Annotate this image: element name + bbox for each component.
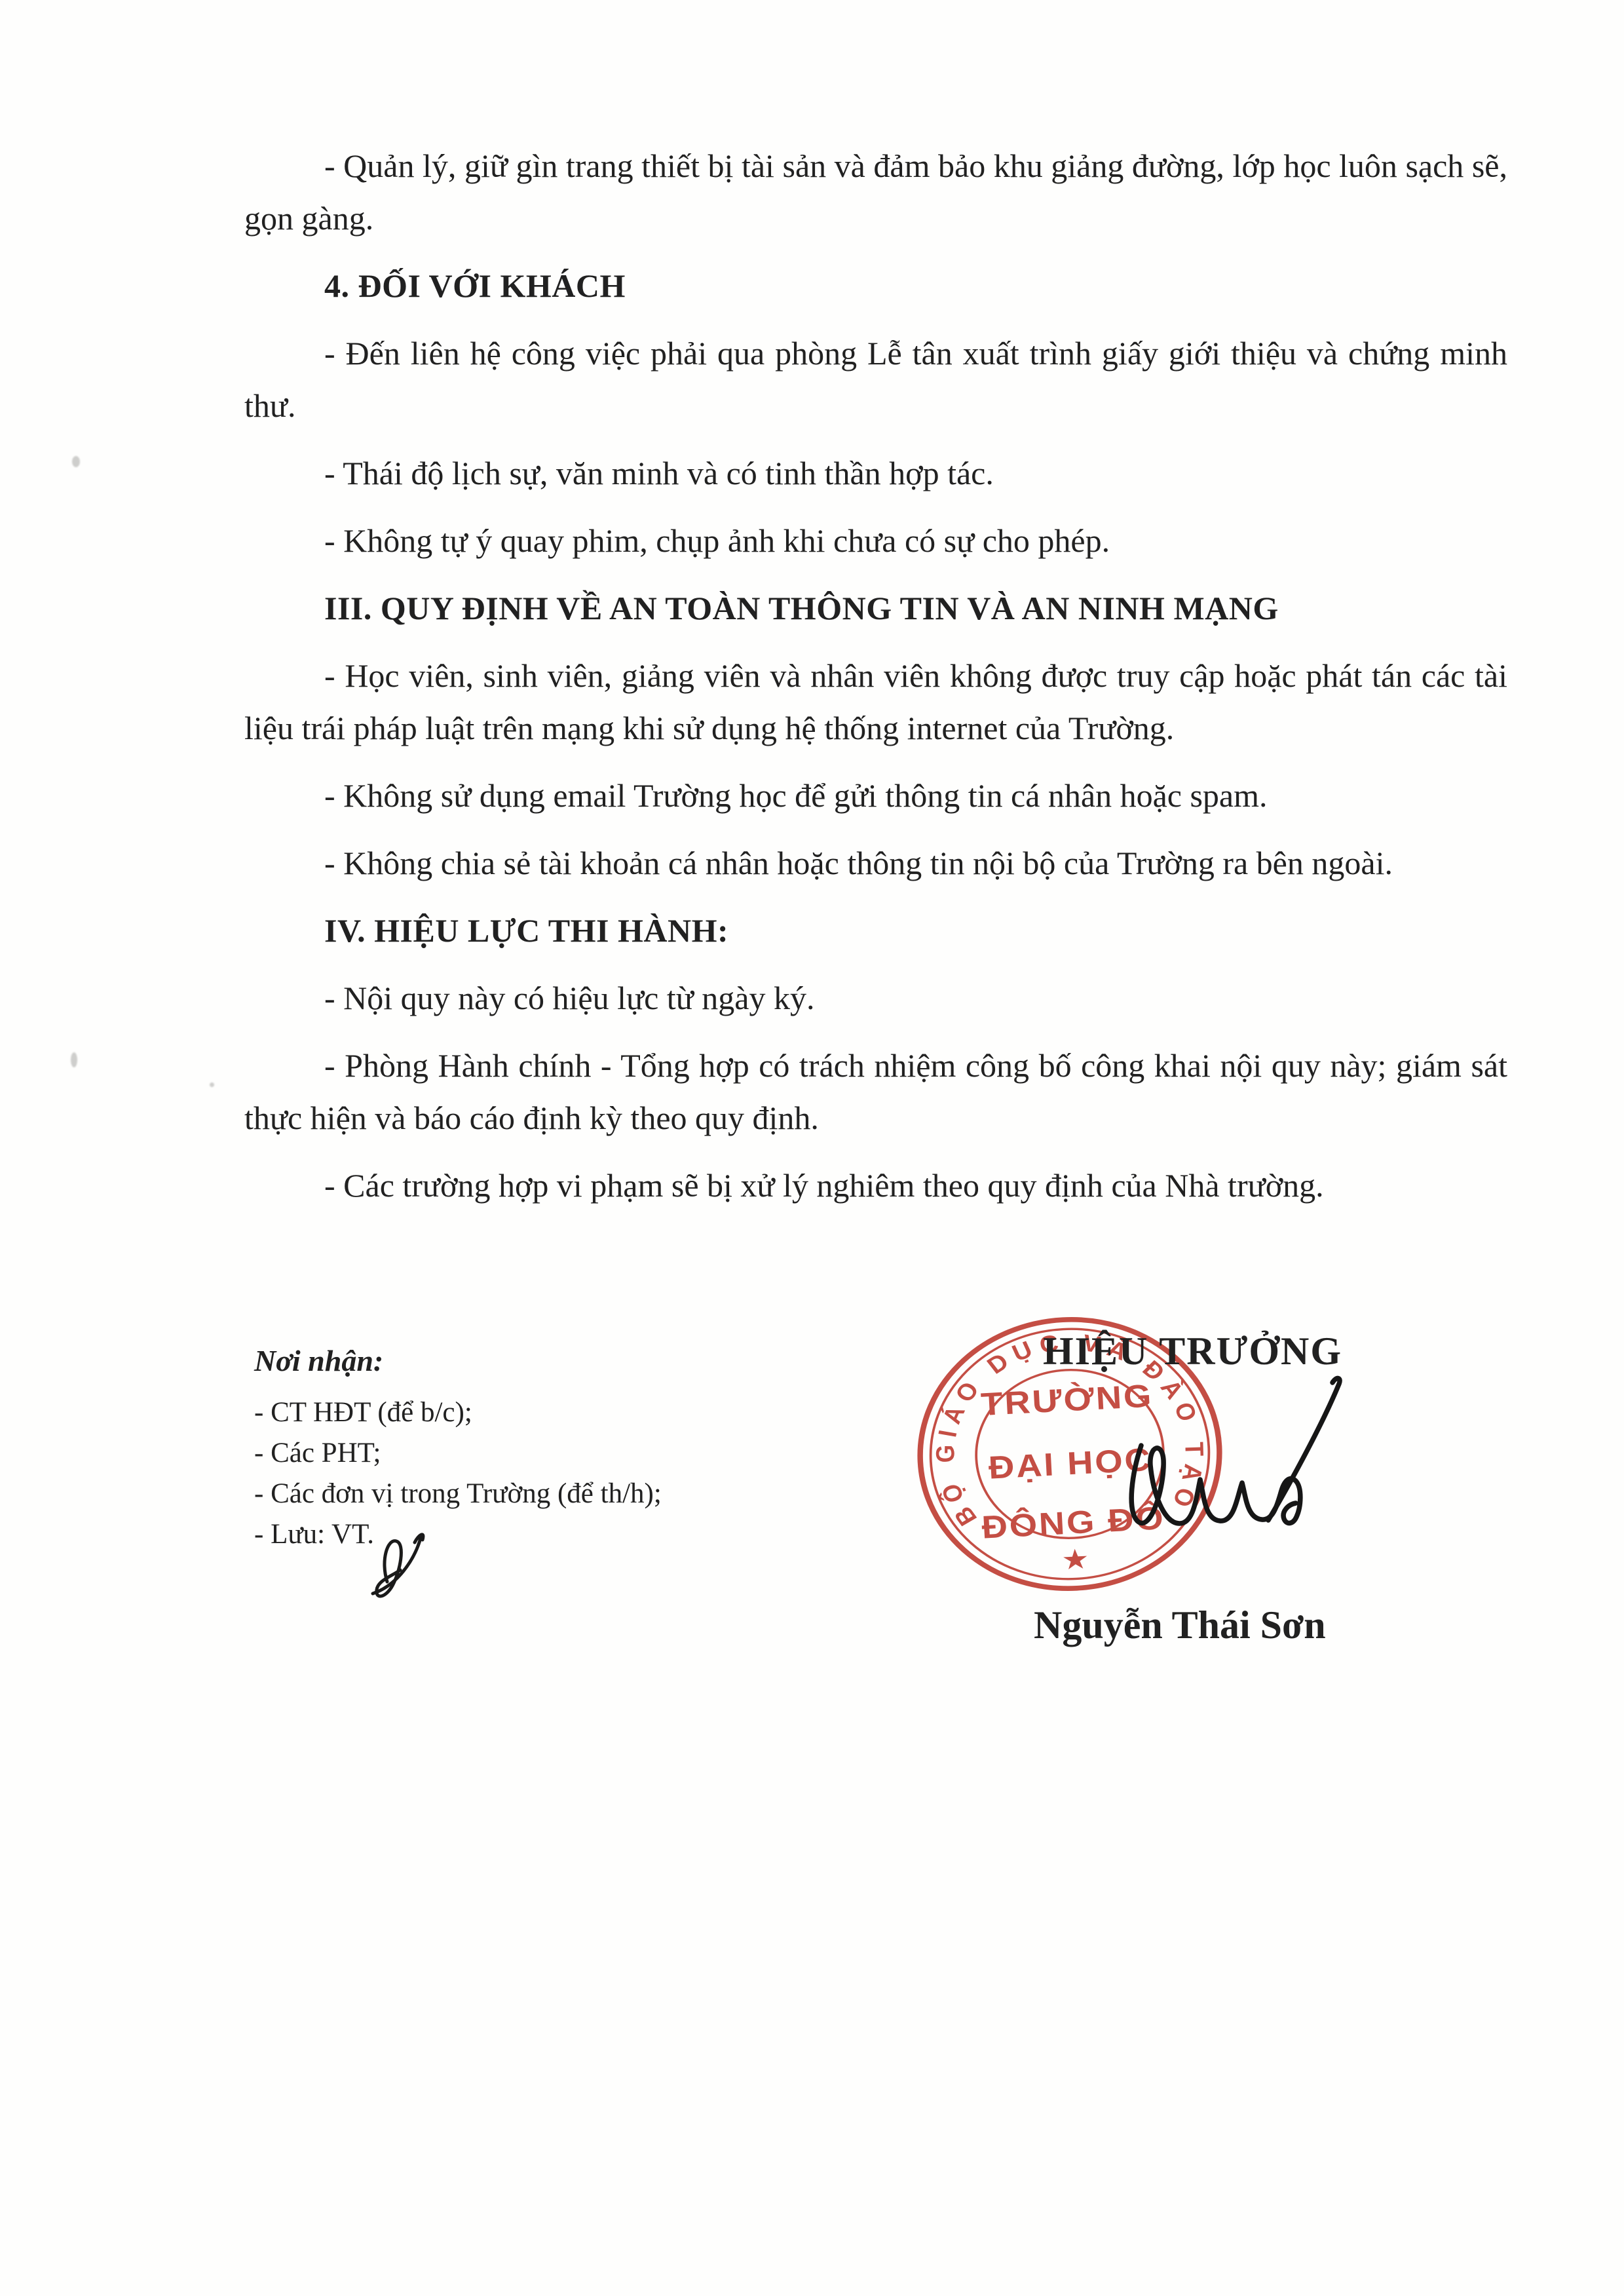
section-heading: IV. HIỆU LỰC THI HÀNH: <box>244 904 1507 957</box>
section-heading: 4. ĐỐI VỚI KHÁCH <box>244 259 1507 312</box>
signer-name: Nguyễn Thái Sơn <box>1034 1603 1326 1648</box>
list-item: - Các đơn vị trong Trường (để th/h); <box>254 1474 662 1514</box>
body-paragraph: - Không chia sẻ tài khoản cá nhân hoặc t… <box>244 837 1507 889</box>
list-item: - Lưu: VT. <box>254 1514 662 1555</box>
body-paragraph: - Đến liên hệ công việc phải qua phòng L… <box>244 327 1507 432</box>
signer-title: HIỆU TRƯỞNG <box>1043 1329 1342 1374</box>
handwritten-signature <box>1112 1368 1361 1539</box>
recipients-block: Nơi nhận: - CT HĐT (để b/c); - Các PHT; … <box>254 1343 662 1555</box>
recipients-label: Nơi nhận: <box>254 1343 662 1378</box>
scanned-document-page: - Quản lý, giữ gìn trang thiết bị tài sả… <box>0 0 1624 2296</box>
document-body: - Quản lý, giữ gìn trang thiết bị tài sả… <box>244 140 1507 1227</box>
list-item: - CT HĐT (để b/c); <box>254 1392 662 1433</box>
recipients-list: - CT HĐT (để b/c); - Các PHT; - Các đơn … <box>254 1392 662 1555</box>
body-paragraph: - Nội quy này có hiệu lực từ ngày ký. <box>244 972 1507 1024</box>
body-paragraph: - Thái độ lịch sự, văn minh và có tinh t… <box>244 447 1507 499</box>
body-paragraph: - Học viên, sinh viên, giảng viên và nhâ… <box>244 649 1507 754</box>
stamp-star-icon: ★ <box>1061 1544 1090 1575</box>
scan-noise-speck <box>72 456 80 467</box>
body-paragraph: - Không tự ý quay phim, chụp ảnh khi chư… <box>244 514 1507 567</box>
section-heading: III. QUY ĐỊNH VỀ AN TOÀN THÔNG TIN VÀ AN… <box>244 582 1507 634</box>
body-paragraph: - Quản lý, giữ gìn trang thiết bị tài sả… <box>244 140 1507 244</box>
body-paragraph: - Các trường hợp vi phạm sẽ bị xử lý ngh… <box>244 1159 1507 1212</box>
scan-noise-speck <box>210 1082 214 1087</box>
handwritten-initial <box>357 1520 445 1612</box>
scan-noise-speck <box>71 1052 77 1067</box>
body-paragraph: - Phòng Hành chính - Tổng hợp có trách n… <box>244 1039 1507 1144</box>
body-paragraph: - Không sử dụng email Trường học để gửi … <box>244 769 1507 822</box>
list-item: - Các PHT; <box>254 1433 662 1474</box>
